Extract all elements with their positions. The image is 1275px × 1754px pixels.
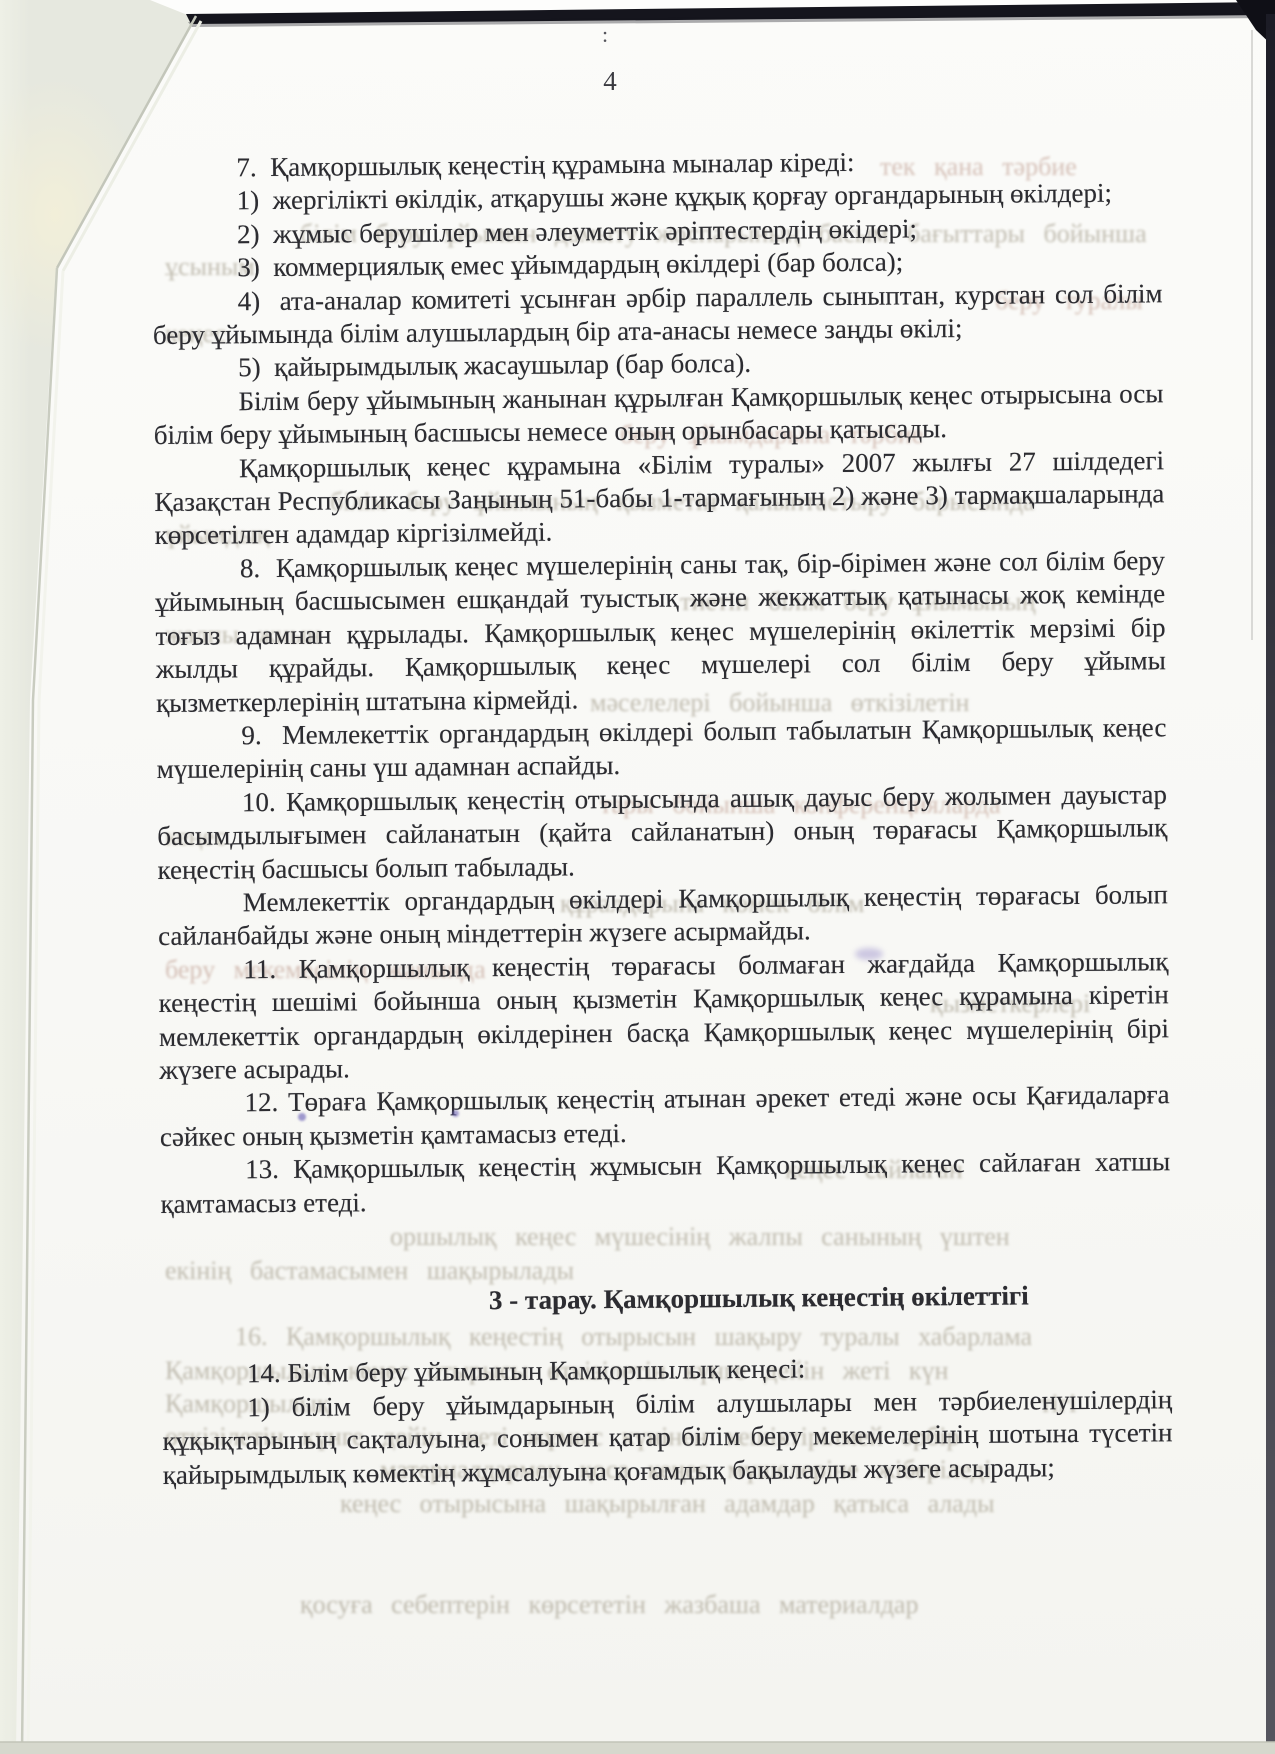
paragraph: 4) ата-аналар комитеті ұсынған әрбір пар… (152, 277, 1163, 353)
ink-smudge (855, 948, 883, 960)
chapter-heading: 3 - тарау. Қамқоршылық кеңестің өкілетті… (161, 1278, 1171, 1320)
paragraph: 13. Қамқоршылық кеңестің жұмысын Қамқорш… (160, 1145, 1171, 1221)
ink-speck (452, 1110, 459, 1117)
paragraph: 10. Қамқоршылық кеңестің отырысында ашық… (157, 778, 1168, 887)
page-number: 4 (560, 66, 660, 97)
scan-speck-colon: : (602, 22, 608, 48)
paragraph: 12. Төраға Қамқоршылық кеңестің атынан ә… (159, 1079, 1170, 1155)
scanned-document-page: тек қана тәрбиебілім беру ұйымын дамыту … (0, 0, 1275, 1754)
paragraph: Білім беру ұйымының жанынан құрылған Қам… (153, 377, 1164, 453)
document-text: 7. Қамқоршылық кеңестің құрамына мыналар… (151, 143, 1173, 1492)
paragraph: 8. Қамқоршылық кеңес мүшелерінің саны та… (155, 544, 1166, 720)
paragraph: 1) білім беру ұйымдарының білім алушылар… (162, 1383, 1173, 1492)
paragraph: Мемлекеттік органдардың өкілдері Қамқорш… (158, 878, 1169, 954)
paragraph: 9. Мемлекеттік органдардың өкілдері болы… (156, 711, 1167, 787)
paragraph: Қамқоршылық кеңес құрамына «Білім туралы… (154, 444, 1165, 553)
ink-speck (298, 1113, 306, 1121)
paragraph: 11. Қамқоршылық кеңестің төрағасы болмағ… (158, 945, 1169, 1087)
